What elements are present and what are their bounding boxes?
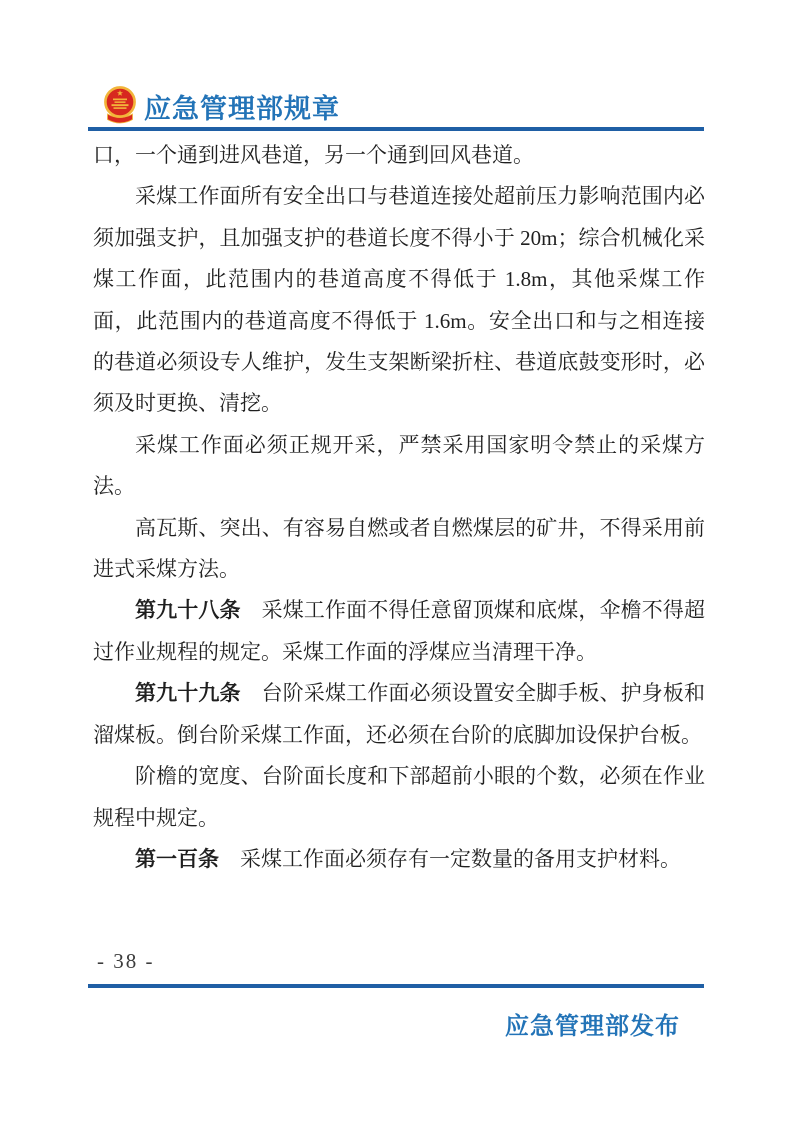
document-body: 口，一个通到进风巷道，另一个通到回风巷道。采煤工作面所有安全出口与巷道连接处超前… [93,135,705,880]
page-header: 应急管理部规章 [100,84,340,128]
paragraph: 采煤工作面所有安全出口与巷道连接处超前压力影响范围内必须加强支护，且加强支护的巷… [93,176,705,424]
paragraph: 阶檐的宽度、台阶面长度和下部超前小眼的个数，必须在作业规程中规定。 [93,756,705,839]
paragraph: 第一百条采煤工作面必须存有一定数量的备用支护材料。 [93,839,705,880]
footer-divider [88,984,704,988]
china-national-emblem-icon [100,85,140,127]
paragraph: 高瓦斯、突出、有容易自燃或者自燃煤层的矿井，不得采用前进式采煤方法。 [93,508,705,591]
article-number: 第一百条 [135,848,219,871]
paragraph: 第九十九条台阶采煤工作面必须设置安全脚手板、护身板和溜煤板。倒台阶采煤工作面，还… [93,673,705,756]
paragraph: 口，一个通到进风巷道，另一个通到回风巷道。 [93,135,705,176]
publisher-label: 应急管理部发布 [505,1006,680,1041]
paragraph: 第九十八条采煤工作面不得任意留顶煤和底煤，伞檐不得超过作业规程的规定。采煤工作面… [93,590,705,673]
paragraph: 采煤工作面必须正规开采，严禁采用国家明令禁止的采煤方法。 [93,425,705,508]
article-number: 第九十八条 [135,599,241,622]
page-header-title: 应急管理部规章 [144,87,340,126]
document-page: 应急管理部规章 口，一个通到进风巷道，另一个通到回风巷道。采煤工作面所有安全出口… [0,0,793,1122]
article-number: 第九十九条 [135,682,241,705]
header-divider [88,127,704,131]
page-number: - 38 - [97,949,155,974]
